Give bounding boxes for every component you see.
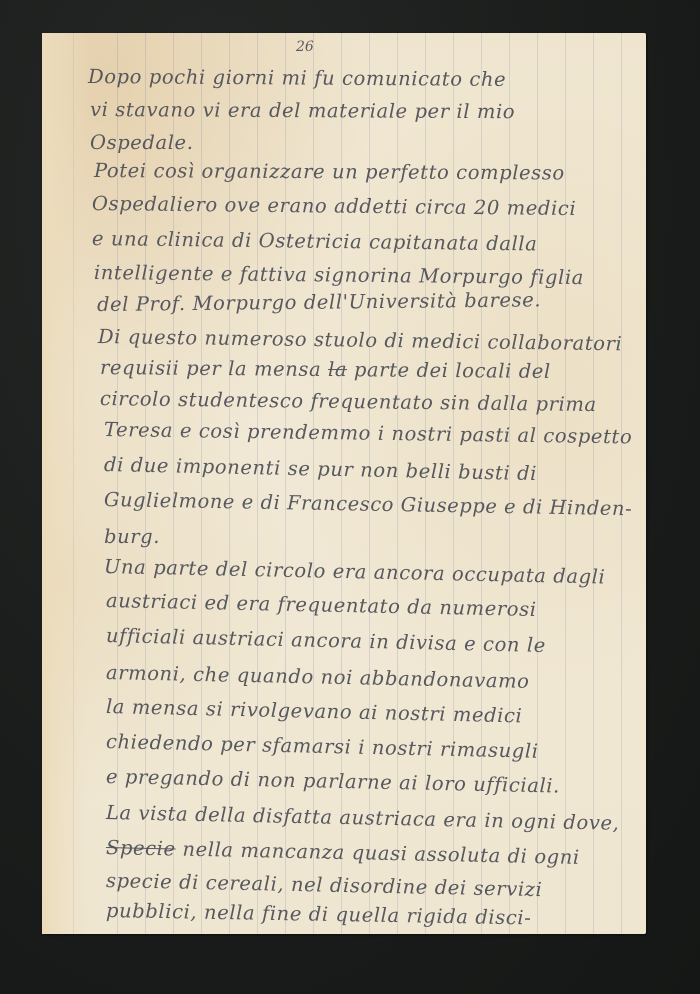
text-line: Potei così organizzare un perfetto compl… [94, 159, 565, 184]
text-line: La vista della disfatta austriaca era in… [106, 801, 620, 835]
text-line: armoni, che quando noi abbandonavamo [106, 661, 530, 693]
text-line: burg. [104, 525, 160, 548]
text-line: chiedendo per sfamarsi i nostri rimasugl… [106, 730, 539, 763]
text-line: Specie nella mancanza quasi assoluta di … [106, 836, 580, 869]
struck-word: Specie [106, 836, 176, 860]
text-line: Ospedaliero ove erano addetti circa 20 m… [92, 192, 576, 220]
text-line: intelligente e fattiva signorina Morpurg… [94, 261, 584, 289]
struck-word: la [328, 358, 347, 381]
text-line: requisii per la mensa la parte dei local… [100, 356, 551, 383]
text-line: specie di cereali, nel disordine dei ser… [106, 869, 543, 901]
text-line: di due imponenti se pur non belli busti … [104, 453, 538, 485]
text-line: ufficiali austriaci ancora in divisa e c… [106, 624, 546, 657]
text-line: austriaci ed era frequentato da numerosi [106, 589, 537, 621]
text-line: vi stavano vi era del materiale per il m… [90, 98, 515, 123]
handwritten-text: Dopo pochi giorni mi fu comunicato che v… [42, 33, 646, 934]
text-line: Guglielmone e di Francesco Giuseppe e di… [104, 488, 633, 520]
text-line: del Prof. Morpurgo dell'Università bares… [97, 288, 541, 316]
text-line: Di questo numeroso stuolo di medici coll… [98, 325, 623, 355]
text-line: pubblici, nella fine di quella rigida di… [106, 899, 532, 929]
manuscript-page: 26 Dopo pochi giorni mi fu comunicato ch… [42, 33, 646, 934]
text-line: Ospedale. [90, 131, 194, 154]
text-line: la mensa si rivolgevano ai nostri medici [106, 695, 523, 727]
text-line: Dopo pochi giorni mi fu comunicato che [88, 65, 506, 91]
text-line: e una clinica di Ostetricia capitanata d… [92, 227, 538, 255]
text-line: circolo studentesco frequentato sin dall… [100, 387, 597, 416]
text-line: Una parte del circolo era ancora occupat… [104, 555, 606, 588]
text-line: e pregando di non parlarne ai loro uffic… [106, 765, 560, 798]
text-line: Teresa e così prendemmo i nostri pasti a… [104, 418, 633, 448]
